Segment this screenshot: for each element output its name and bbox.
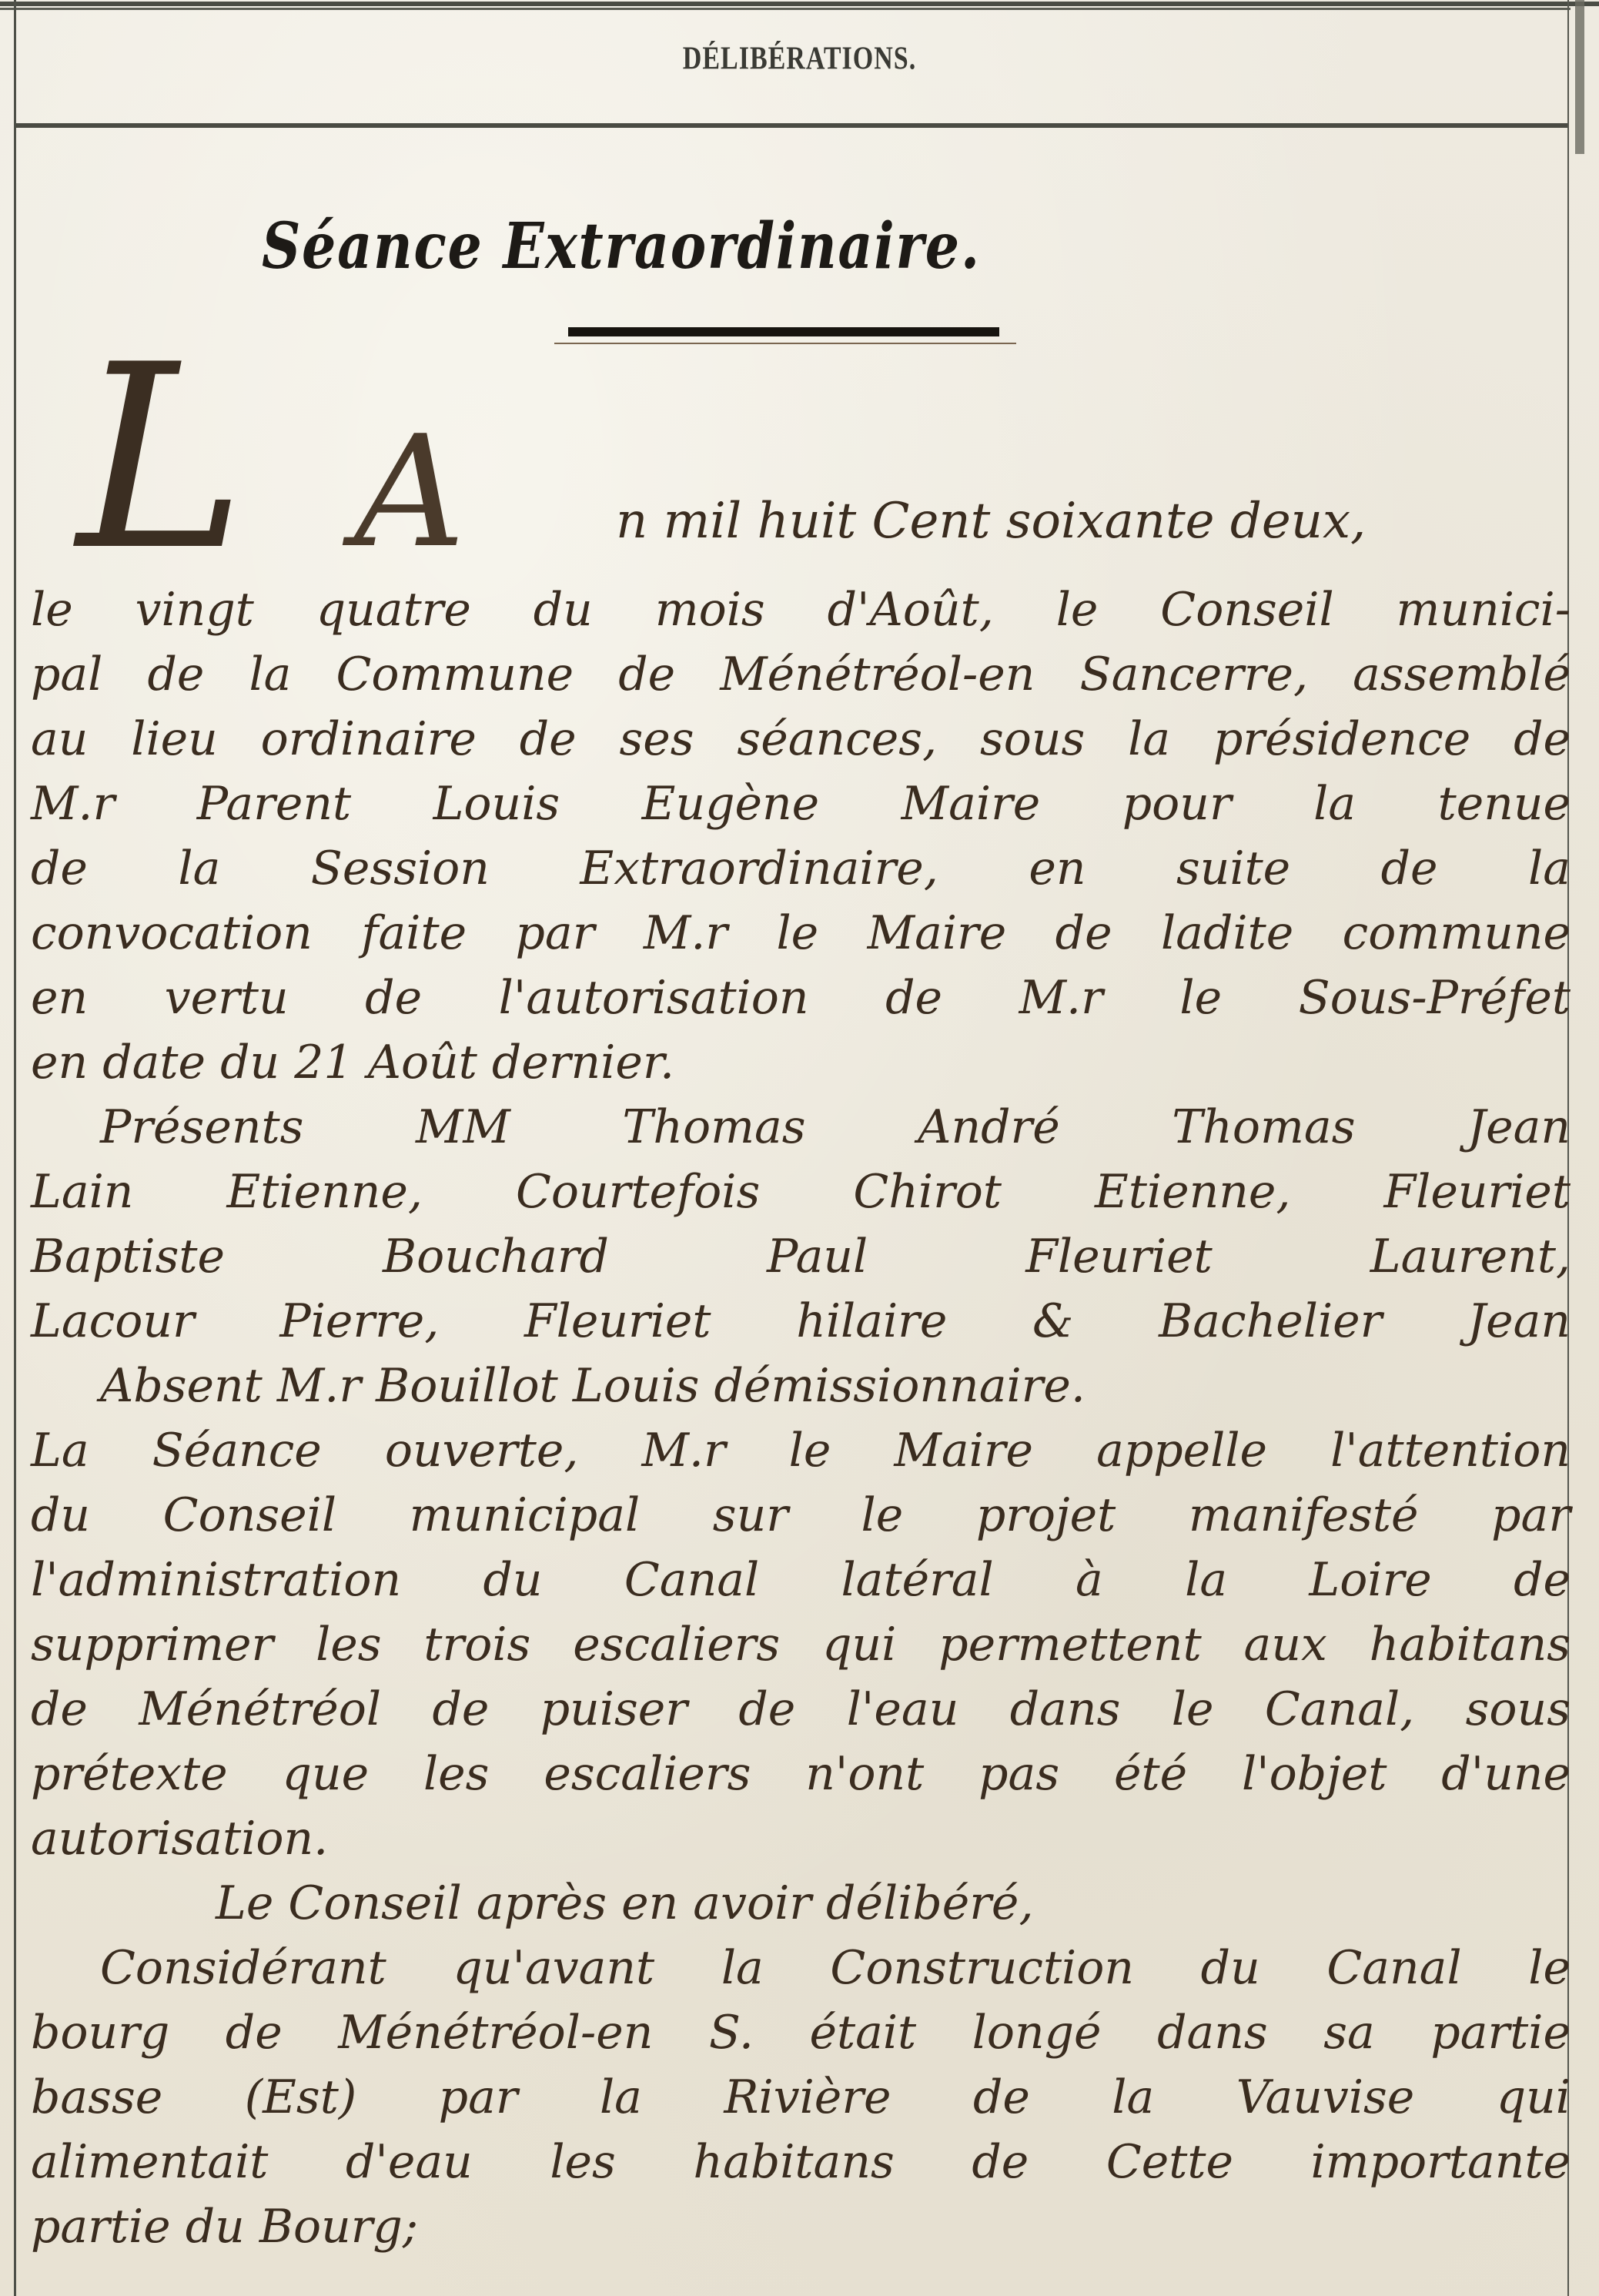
text-line: Présents MM Thomas André Thomas Jean [31, 1095, 1571, 1160]
text-line: convocation faite par M.r le Maire de la… [31, 901, 1571, 966]
text-line: pal de la Commune de Ménétréol-en Sancer… [31, 642, 1571, 707]
text-line: du Conseil municipal sur le projet manif… [31, 1483, 1571, 1548]
handwritten-body: le vingt quatre du mois d'Août, le Conse… [31, 577, 1571, 2259]
drop-capital-l: L [77, 331, 246, 585]
text-line: au lieu ordinaire de ses séances, sous l… [31, 707, 1571, 771]
text-line: alimentait d'eau les habitans de Cette i… [31, 2130, 1571, 2194]
text-line: autorisation. [31, 1806, 1571, 1871]
text-line: l'administration du Canal latéral à la L… [31, 1548, 1571, 1612]
text-line: supprimer les trois escaliers qui permet… [31, 1612, 1571, 1677]
scanned-page: DÉLIBÉRATIONS. Séance Extraordinaire. L … [0, 0, 1599, 2296]
ornamental-capital-a: A [354, 416, 465, 570]
text-line: le vingt quatre du mois d'Août, le Conse… [31, 577, 1571, 642]
text-line: La Séance ouverte, M.r le Maire appelle … [31, 1418, 1571, 1483]
running-head: DÉLIBÉRATIONS. [0, 41, 1599, 78]
text-line: en date du 21 Août dernier. [31, 1030, 1571, 1095]
text-line: bourg de Ménétréol-en S. était longé dan… [31, 2000, 1571, 2065]
text-line: partie du Bourg; [31, 2194, 1571, 2259]
opening-line: n mil huit Cent soixante deux, [616, 493, 1366, 550]
text-line: Lain Etienne, Courtefois Chirot Etienne,… [31, 1160, 1571, 1224]
text-line: prétexte que les escaliers n'ont pas été… [31, 1742, 1571, 1806]
text-line: basse (Est) par la Rivière de la Vauvise… [31, 2065, 1571, 2130]
page-title: Séance Extraordinaire. [262, 209, 981, 283]
text-line: Considérant qu'avant la Construction du … [31, 1936, 1571, 2000]
text-line: Lacour Pierre, Fleuriet hilaire & Bachel… [31, 1289, 1571, 1354]
header-rule [15, 123, 1567, 128]
top-border-rule-thin [0, 8, 1571, 10]
left-margin-rule [14, 0, 16, 2296]
text-line: M.r Parent Louis Eugène Maire pour la te… [31, 771, 1571, 836]
top-border-rule [0, 2, 1599, 6]
text-line: Baptiste Bouchard Paul Fleuriet Laurent, [31, 1224, 1571, 1289]
text-line: de Ménétréol de puiser de l'eau dans le … [31, 1677, 1571, 1742]
text-line: de la Session Extraordinaire, en suite d… [31, 836, 1571, 901]
title-underline-thin [554, 343, 1016, 344]
text-line: Absent M.r Bouillot Louis démissionnaire… [31, 1354, 1571, 1418]
text-line: Le Conseil après en avoir délibéré, [31, 1871, 1571, 1936]
title-underline-thick [568, 327, 999, 336]
text-line: en vertu de l'autorisation de M.r le Sou… [31, 966, 1571, 1030]
